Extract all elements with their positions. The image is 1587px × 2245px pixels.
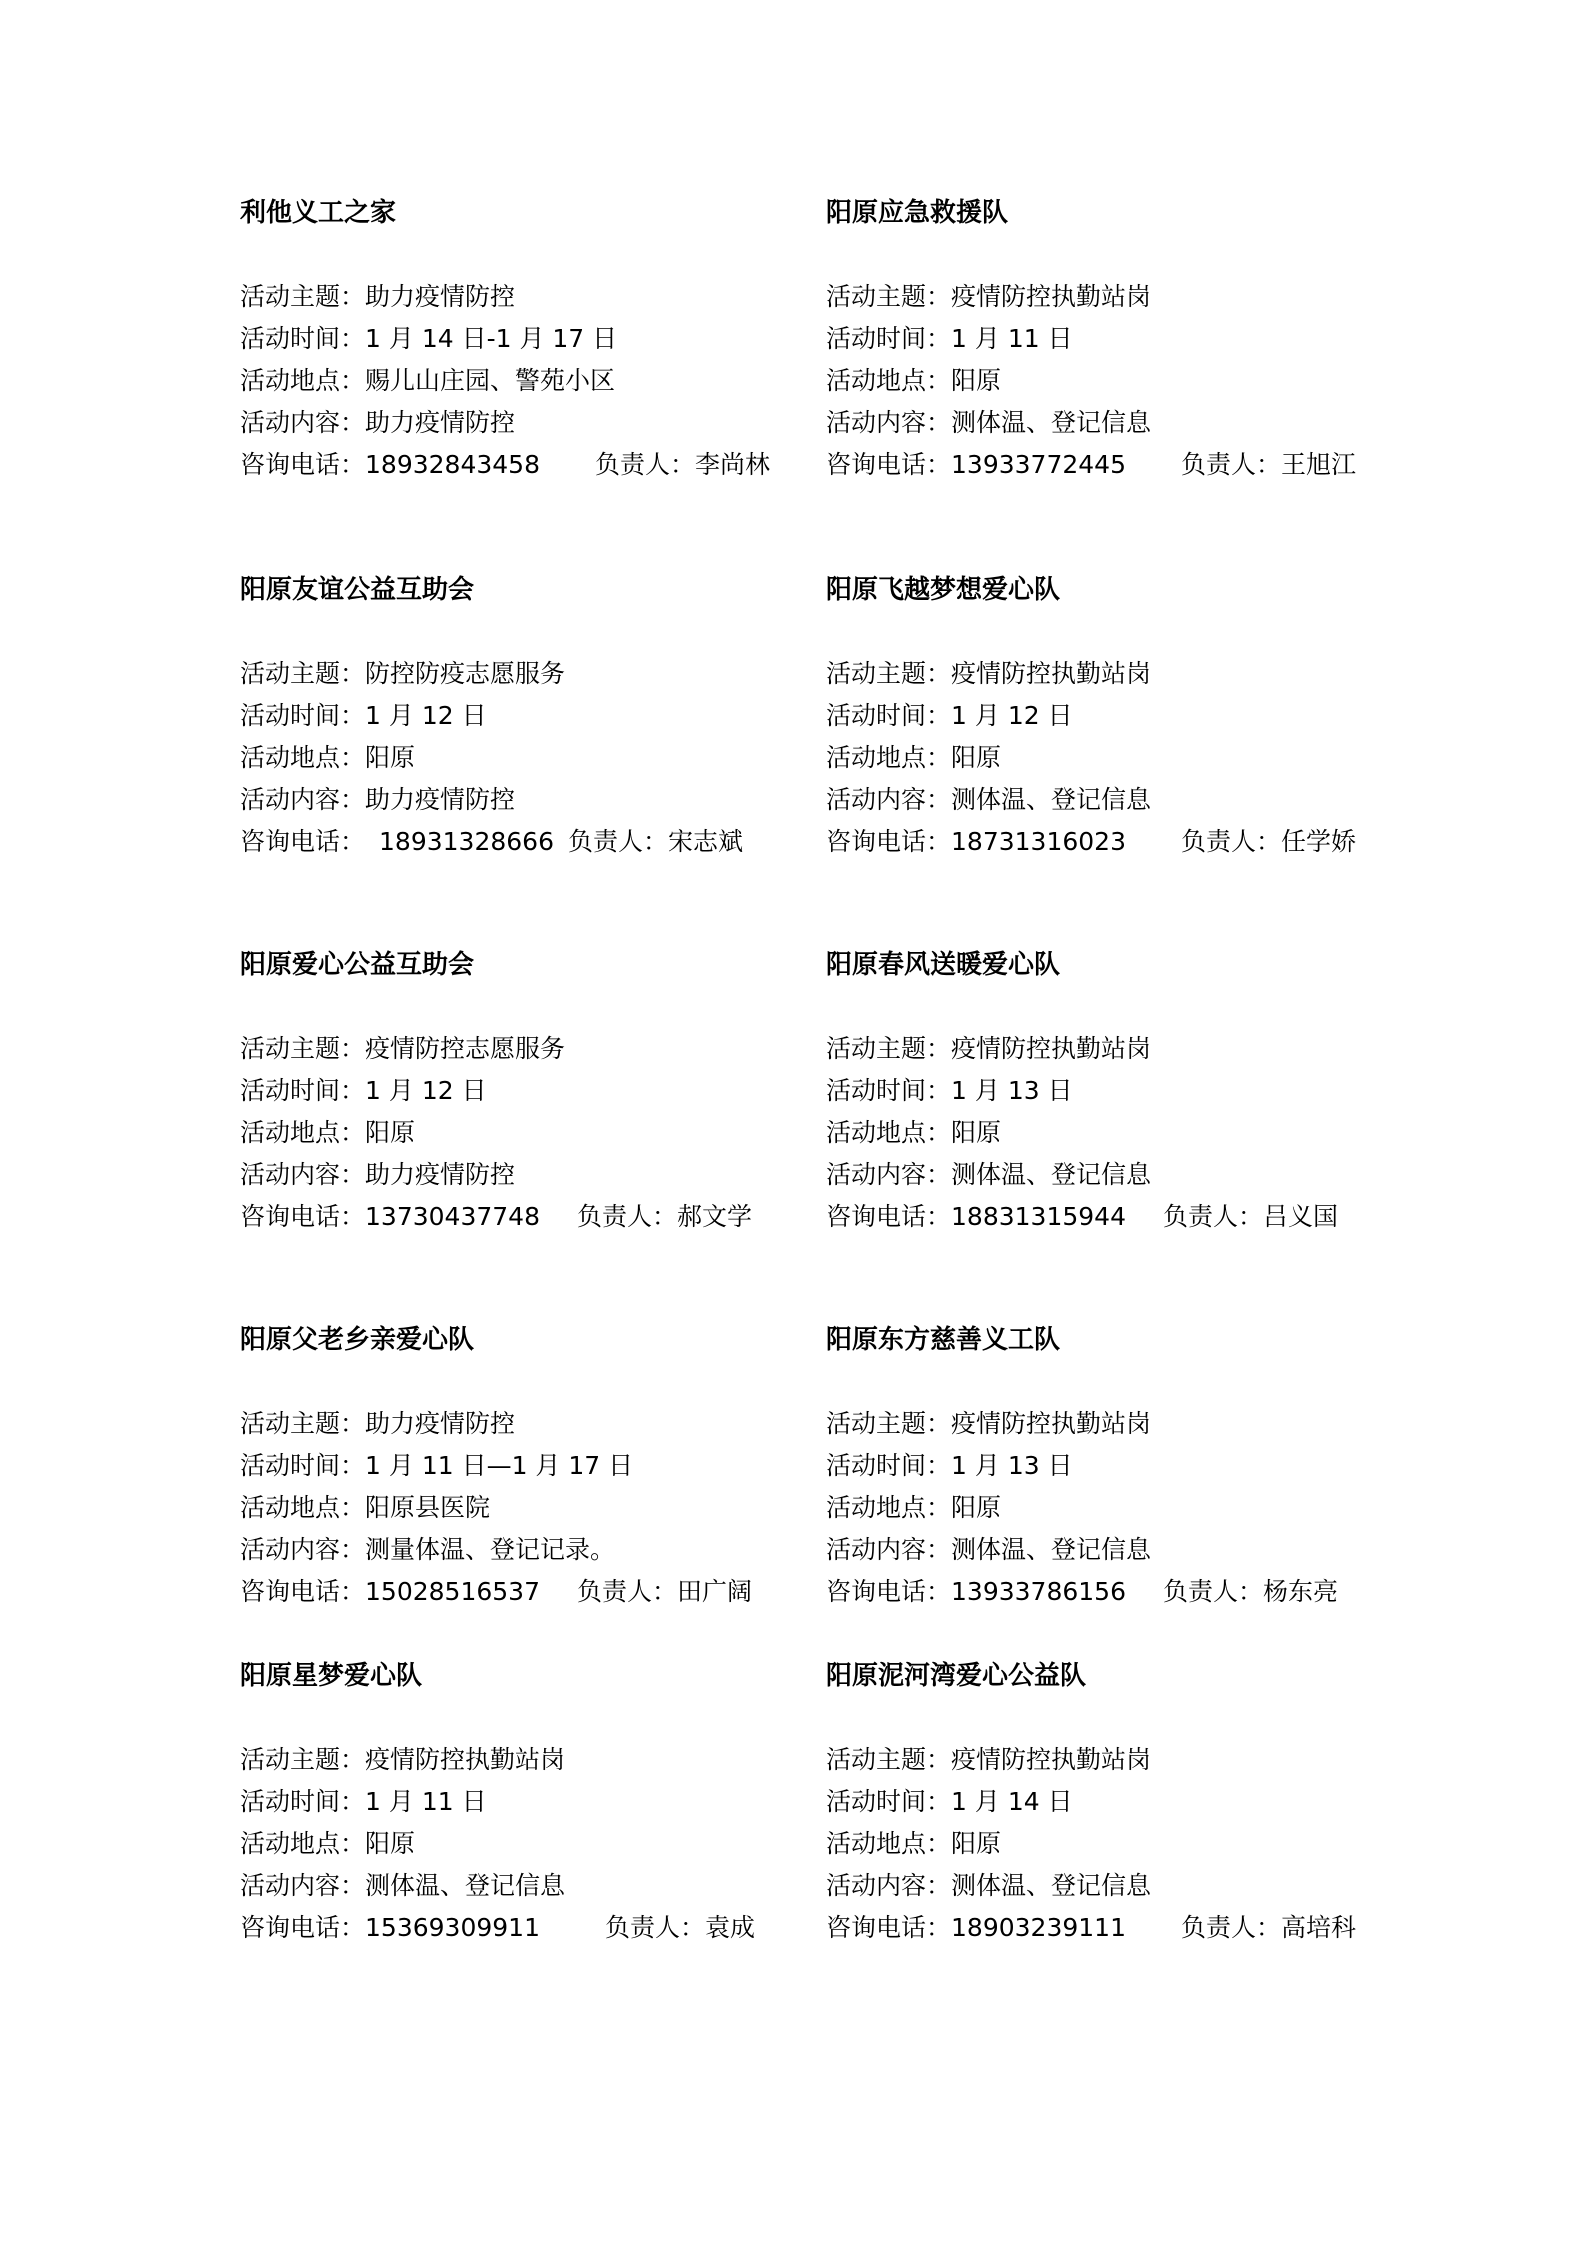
label-time: 活动时间： bbox=[240, 701, 365, 730]
value-content: 测体温、登记信息 bbox=[951, 1871, 1151, 1900]
field-time: 活动时间：1 月 12 日 bbox=[240, 695, 800, 737]
document-page: 利他义工之家 活动主题：助力疫情防控 活动时间：1 月 14 日-1 月 17 … bbox=[0, 0, 1587, 2245]
label-phone: 咨询电话： bbox=[826, 450, 951, 479]
field-theme: 活动主题：疫情防控执勤站岗 bbox=[826, 1403, 1386, 1445]
value-theme: 疫情防控执勤站岗 bbox=[951, 1034, 1151, 1063]
label-content: 活动内容： bbox=[240, 1535, 365, 1564]
field-place: 活动地点：赐儿山庄园、警苑小区 bbox=[240, 360, 800, 402]
value-time: 1 月 14 日 bbox=[951, 1787, 1073, 1816]
label-time: 活动时间： bbox=[826, 701, 951, 730]
value-owner: 高培科 bbox=[1281, 1913, 1356, 1942]
field-content: 活动内容：测体温、登记信息 bbox=[240, 1865, 800, 1907]
value-time: 1 月 11 日—1 月 17 日 bbox=[365, 1451, 633, 1480]
value-phone: 13933772445 bbox=[951, 444, 1141, 486]
label-owner: 负责人： bbox=[1163, 1577, 1263, 1606]
value-theme: 助力疫情防控 bbox=[365, 1409, 515, 1438]
value-place: 阳原 bbox=[365, 1118, 415, 1147]
label-content: 活动内容： bbox=[826, 1535, 951, 1564]
label-phone: 咨询电话： bbox=[240, 1577, 365, 1606]
org-title: 阳原泥河湾爱心公益队 bbox=[826, 1656, 1386, 1696]
value-time: 1 月 13 日 bbox=[951, 1451, 1073, 1480]
value-time: 1 月 13 日 bbox=[951, 1076, 1073, 1105]
field-content: 活动内容：助力疫情防控 bbox=[240, 779, 800, 821]
field-contact: 咨询电话：13933786156负责人：杨东亮 bbox=[826, 1571, 1386, 1613]
label-owner: 负责人： bbox=[605, 1913, 705, 1942]
value-content: 测量体温、登记记录。 bbox=[365, 1535, 615, 1564]
value-time: 1 月 11 日 bbox=[951, 324, 1073, 353]
field-time: 活动时间：1 月 11 日—1 月 17 日 bbox=[240, 1445, 800, 1487]
label-phone: 咨询电话： bbox=[240, 1202, 365, 1231]
value-theme: 疫情防控执勤站岗 bbox=[951, 659, 1151, 688]
label-owner: 负责人： bbox=[577, 1202, 677, 1231]
label-phone: 咨询电话： bbox=[826, 827, 951, 856]
field-theme: 活动主题：疫情防控执勤站岗 bbox=[826, 276, 1386, 318]
field-place: 活动地点：阳原 bbox=[240, 1112, 800, 1154]
org-block: 阳原飞越梦想爱心队 活动主题：疫情防控执勤站岗 活动时间：1 月 12 日 活动… bbox=[826, 570, 1386, 863]
org-title: 阳原友谊公益互助会 bbox=[240, 570, 800, 610]
value-time: 1 月 12 日 bbox=[951, 701, 1073, 730]
field-content: 活动内容：助力疫情防控 bbox=[240, 1154, 800, 1196]
field-place: 活动地点：阳原 bbox=[826, 737, 1386, 779]
label-theme: 活动主题： bbox=[826, 659, 951, 688]
field-contact: 咨询电话：18731316023负责人：任学娇 bbox=[826, 821, 1386, 863]
field-contact: 咨询电话：18932843458负责人：李尚林 bbox=[240, 444, 800, 486]
value-phone: 15369309911 bbox=[365, 1907, 555, 1949]
value-theme: 防控防疫志愿服务 bbox=[365, 659, 565, 688]
label-theme: 活动主题： bbox=[240, 659, 365, 688]
field-theme: 活动主题：疫情防控执勤站岗 bbox=[826, 653, 1386, 695]
value-owner: 任学娇 bbox=[1281, 827, 1356, 856]
label-phone: 咨询电话： bbox=[240, 1913, 365, 1942]
value-content: 助力疫情防控 bbox=[365, 1160, 515, 1189]
value-phone: 18932843458 bbox=[365, 444, 555, 486]
label-time: 活动时间： bbox=[826, 1787, 951, 1816]
label-time: 活动时间： bbox=[240, 1787, 365, 1816]
field-place: 活动地点：阳原 bbox=[826, 1823, 1386, 1865]
org-block: 利他义工之家 活动主题：助力疫情防控 活动时间：1 月 14 日-1 月 17 … bbox=[240, 193, 800, 486]
value-theme: 疫情防控执勤站岗 bbox=[951, 1745, 1151, 1774]
value-content: 助力疫情防控 bbox=[365, 408, 515, 437]
org-block: 阳原星梦爱心队 活动主题：疫情防控执勤站岗 活动时间：1 月 11 日 活动地点… bbox=[240, 1656, 800, 1949]
label-theme: 活动主题： bbox=[240, 1034, 365, 1063]
value-content: 测体温、登记信息 bbox=[951, 408, 1151, 437]
label-time: 活动时间： bbox=[240, 1451, 365, 1480]
label-place: 活动地点： bbox=[826, 1829, 951, 1858]
org-title: 阳原春风送暖爱心队 bbox=[826, 945, 1386, 985]
value-place: 阳原 bbox=[951, 366, 1001, 395]
org-title: 利他义工之家 bbox=[240, 193, 800, 233]
org-title: 阳原爱心公益互助会 bbox=[240, 945, 800, 985]
field-time: 活动时间：1 月 13 日 bbox=[826, 1070, 1386, 1112]
label-theme: 活动主题： bbox=[826, 282, 951, 311]
label-content: 活动内容： bbox=[826, 1160, 951, 1189]
label-content: 活动内容： bbox=[826, 785, 951, 814]
field-contact: 咨询电话：18831315944负责人：吕义国 bbox=[826, 1196, 1386, 1238]
field-theme: 活动主题：防控防疫志愿服务 bbox=[240, 653, 800, 695]
field-contact: 咨询电话：18931328666负责人：宋志斌 bbox=[240, 821, 800, 863]
value-place: 赐儿山庄园、警苑小区 bbox=[365, 366, 615, 395]
field-theme: 活动主题：助力疫情防控 bbox=[240, 276, 800, 318]
field-time: 活动时间：1 月 13 日 bbox=[826, 1445, 1386, 1487]
org-title: 阳原应急救援队 bbox=[826, 193, 1386, 233]
label-theme: 活动主题： bbox=[240, 1409, 365, 1438]
label-owner: 负责人： bbox=[568, 827, 668, 856]
field-place: 活动地点：阳原 bbox=[826, 1112, 1386, 1154]
value-time: 1 月 12 日 bbox=[365, 701, 487, 730]
org-title: 阳原东方慈善义工队 bbox=[826, 1320, 1386, 1360]
value-time: 1 月 11 日 bbox=[365, 1787, 487, 1816]
label-owner: 负责人： bbox=[1181, 450, 1281, 479]
field-theme: 活动主题：疫情防控执勤站岗 bbox=[240, 1739, 800, 1781]
value-owner: 李尚林 bbox=[695, 450, 770, 479]
field-time: 活动时间：1 月 14 日-1 月 17 日 bbox=[240, 318, 800, 360]
label-time: 活动时间： bbox=[240, 1076, 365, 1105]
value-owner: 杨东亮 bbox=[1263, 1577, 1338, 1606]
org-title: 阳原星梦爱心队 bbox=[240, 1656, 800, 1696]
org-block: 阳原应急救援队 活动主题：疫情防控执勤站岗 活动时间：1 月 11 日 活动地点… bbox=[826, 193, 1386, 486]
value-phone: 18831315944 bbox=[951, 1196, 1141, 1238]
value-owner: 宋志斌 bbox=[668, 827, 743, 856]
label-time: 活动时间： bbox=[240, 324, 365, 353]
value-owner: 田广阔 bbox=[677, 1577, 752, 1606]
field-theme: 活动主题：疫情防控执勤站岗 bbox=[826, 1028, 1386, 1070]
value-phone: 18931328666 bbox=[379, 827, 554, 856]
value-theme: 疫情防控执勤站岗 bbox=[365, 1745, 565, 1774]
field-theme: 活动主题：助力疫情防控 bbox=[240, 1403, 800, 1445]
label-place: 活动地点： bbox=[826, 1493, 951, 1522]
field-contact: 咨询电话：15369309911负责人：袁成 bbox=[240, 1907, 800, 1949]
org-block: 阳原东方慈善义工队 活动主题：疫情防控执勤站岗 活动时间：1 月 13 日 活动… bbox=[826, 1320, 1386, 1613]
field-place: 活动地点：阳原 bbox=[240, 737, 800, 779]
label-content: 活动内容： bbox=[240, 408, 365, 437]
value-content: 助力疫情防控 bbox=[365, 785, 515, 814]
label-content: 活动内容： bbox=[240, 1871, 365, 1900]
value-theme: 疫情防控执勤站岗 bbox=[951, 282, 1151, 311]
label-content: 活动内容： bbox=[240, 785, 365, 814]
org-title: 阳原飞越梦想爱心队 bbox=[826, 570, 1386, 610]
label-place: 活动地点： bbox=[240, 743, 365, 772]
field-contact: 咨询电话：13730437748负责人：郝文学 bbox=[240, 1196, 800, 1238]
label-place: 活动地点： bbox=[240, 366, 365, 395]
value-place: 阳原县医院 bbox=[365, 1493, 490, 1522]
label-time: 活动时间： bbox=[826, 1451, 951, 1480]
org-block: 阳原父老乡亲爱心队 活动主题：助力疫情防控 活动时间：1 月 11 日—1 月 … bbox=[240, 1320, 800, 1613]
value-phone: 18731316023 bbox=[951, 821, 1141, 863]
value-content: 测体温、登记信息 bbox=[951, 1535, 1151, 1564]
label-time: 活动时间： bbox=[826, 324, 951, 353]
label-theme: 活动主题： bbox=[826, 1409, 951, 1438]
value-place: 阳原 bbox=[951, 743, 1001, 772]
label-place: 活动地点： bbox=[240, 1118, 365, 1147]
field-place: 活动地点：阳原 bbox=[240, 1823, 800, 1865]
field-theme: 活动主题：疫情防控志愿服务 bbox=[240, 1028, 800, 1070]
value-place: 阳原 bbox=[951, 1118, 1001, 1147]
label-place: 活动地点： bbox=[240, 1493, 365, 1522]
value-place: 阳原 bbox=[365, 743, 415, 772]
label-content: 活动内容： bbox=[240, 1160, 365, 1189]
field-time: 活动时间：1 月 11 日 bbox=[240, 1781, 800, 1823]
field-contact: 咨询电话：13933772445负责人：王旭江 bbox=[826, 444, 1386, 486]
value-content: 测体温、登记信息 bbox=[951, 1160, 1151, 1189]
field-contact: 咨询电话：15028516537负责人：田广阔 bbox=[240, 1571, 800, 1613]
field-time: 活动时间：1 月 11 日 bbox=[826, 318, 1386, 360]
field-time: 活动时间：1 月 14 日 bbox=[826, 1781, 1386, 1823]
value-place: 阳原 bbox=[951, 1829, 1001, 1858]
field-content: 活动内容：测体温、登记信息 bbox=[826, 779, 1386, 821]
label-theme: 活动主题： bbox=[826, 1745, 951, 1774]
label-phone: 咨询电话： bbox=[240, 827, 365, 856]
field-time: 活动时间：1 月 12 日 bbox=[826, 695, 1386, 737]
label-owner: 负责人： bbox=[1181, 1913, 1281, 1942]
field-theme: 活动主题：疫情防控执勤站岗 bbox=[826, 1739, 1386, 1781]
value-phone: 18903239111 bbox=[951, 1907, 1141, 1949]
field-time: 活动时间：1 月 12 日 bbox=[240, 1070, 800, 1112]
label-owner: 负责人： bbox=[1163, 1202, 1263, 1231]
org-block: 阳原泥河湾爱心公益队 活动主题：疫情防控执勤站岗 活动时间：1 月 14 日 活… bbox=[826, 1656, 1386, 1949]
field-place: 活动地点：阳原 bbox=[826, 1487, 1386, 1529]
label-place: 活动地点： bbox=[826, 366, 951, 395]
value-place: 阳原 bbox=[365, 1829, 415, 1858]
field-place: 活动地点：阳原县医院 bbox=[240, 1487, 800, 1529]
value-owner: 吕义国 bbox=[1263, 1202, 1338, 1231]
label-owner: 负责人： bbox=[595, 450, 695, 479]
label-owner: 负责人： bbox=[577, 1577, 677, 1606]
label-owner: 负责人： bbox=[1181, 827, 1281, 856]
field-content: 活动内容：测体温、登记信息 bbox=[826, 1154, 1386, 1196]
field-content: 活动内容：测体温、登记信息 bbox=[826, 1529, 1386, 1571]
label-place: 活动地点： bbox=[826, 743, 951, 772]
label-phone: 咨询电话： bbox=[826, 1202, 951, 1231]
value-owner: 王旭江 bbox=[1281, 450, 1356, 479]
label-place: 活动地点： bbox=[826, 1118, 951, 1147]
label-content: 活动内容： bbox=[826, 1871, 951, 1900]
value-phone: 13730437748 bbox=[365, 1196, 555, 1238]
value-owner: 郝文学 bbox=[677, 1202, 752, 1231]
field-content: 活动内容：测体温、登记信息 bbox=[826, 1865, 1386, 1907]
field-content: 活动内容：测量体温、登记记录。 bbox=[240, 1529, 800, 1571]
label-content: 活动内容： bbox=[826, 408, 951, 437]
field-place: 活动地点：阳原 bbox=[826, 360, 1386, 402]
value-theme: 助力疫情防控 bbox=[365, 282, 515, 311]
org-block: 阳原友谊公益互助会 活动主题：防控防疫志愿服务 活动时间：1 月 12 日 活动… bbox=[240, 570, 800, 863]
field-content: 活动内容：测体温、登记信息 bbox=[826, 402, 1386, 444]
value-time: 1 月 14 日-1 月 17 日 bbox=[365, 324, 617, 353]
label-phone: 咨询电话： bbox=[826, 1913, 951, 1942]
label-phone: 咨询电话： bbox=[826, 1577, 951, 1606]
value-owner: 袁成 bbox=[705, 1913, 755, 1942]
value-theme: 疫情防控志愿服务 bbox=[365, 1034, 565, 1063]
label-theme: 活动主题： bbox=[240, 282, 365, 311]
org-title: 阳原父老乡亲爱心队 bbox=[240, 1320, 800, 1360]
label-phone: 咨询电话： bbox=[240, 450, 365, 479]
value-place: 阳原 bbox=[951, 1493, 1001, 1522]
label-theme: 活动主题： bbox=[240, 1745, 365, 1774]
org-block: 阳原春风送暖爱心队 活动主题：疫情防控执勤站岗 活动时间：1 月 13 日 活动… bbox=[826, 945, 1386, 1238]
value-phone: 15028516537 bbox=[365, 1571, 555, 1613]
org-block: 阳原爱心公益互助会 活动主题：疫情防控志愿服务 活动时间：1 月 12 日 活动… bbox=[240, 945, 800, 1238]
value-theme: 疫情防控执勤站岗 bbox=[951, 1409, 1151, 1438]
value-phone: 13933786156 bbox=[951, 1571, 1141, 1613]
value-content: 测体温、登记信息 bbox=[951, 785, 1151, 814]
label-time: 活动时间： bbox=[826, 1076, 951, 1105]
field-content: 活动内容：助力疫情防控 bbox=[240, 402, 800, 444]
field-contact: 咨询电话：18903239111负责人：高培科 bbox=[826, 1907, 1386, 1949]
value-time: 1 月 12 日 bbox=[365, 1076, 487, 1105]
label-theme: 活动主题： bbox=[826, 1034, 951, 1063]
label-place: 活动地点： bbox=[240, 1829, 365, 1858]
value-content: 测体温、登记信息 bbox=[365, 1871, 565, 1900]
